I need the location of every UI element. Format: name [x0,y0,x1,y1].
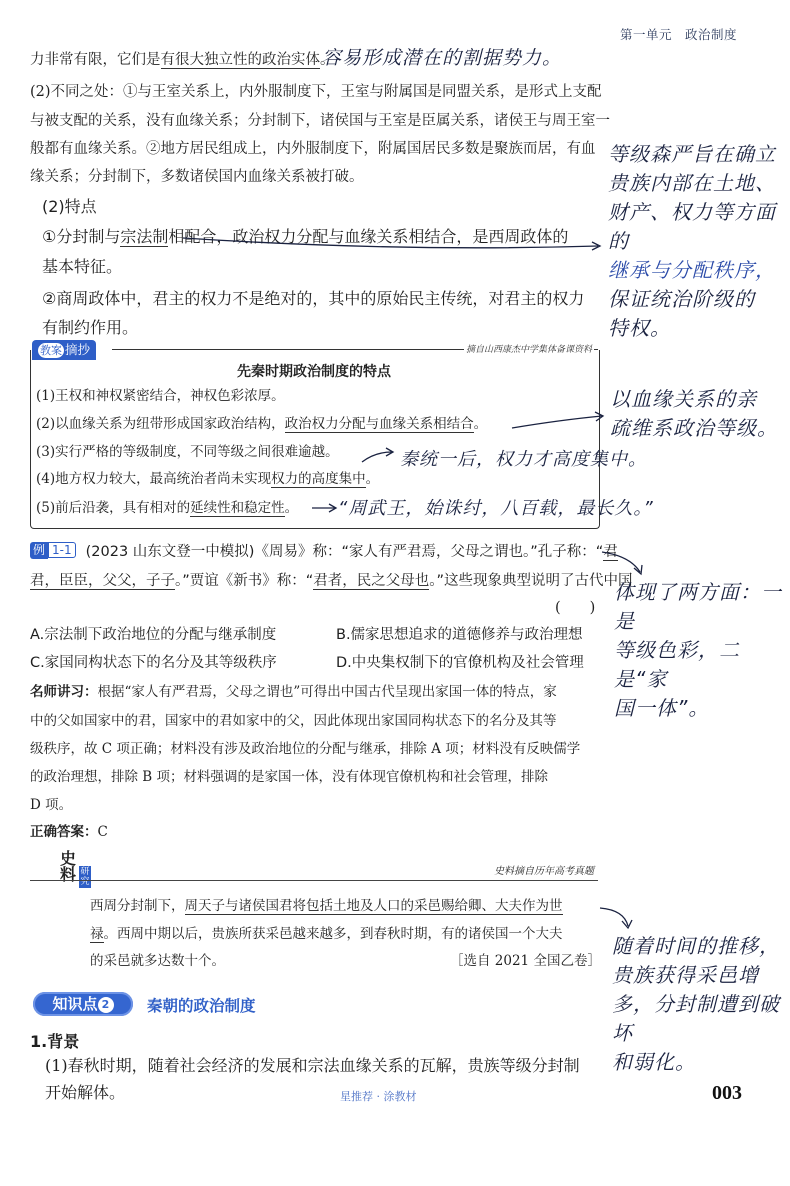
annotation-arrows [0,0,790,1186]
arrow-2 [512,416,602,428]
arrow-3 [362,452,392,462]
arrow-1 [183,238,598,248]
